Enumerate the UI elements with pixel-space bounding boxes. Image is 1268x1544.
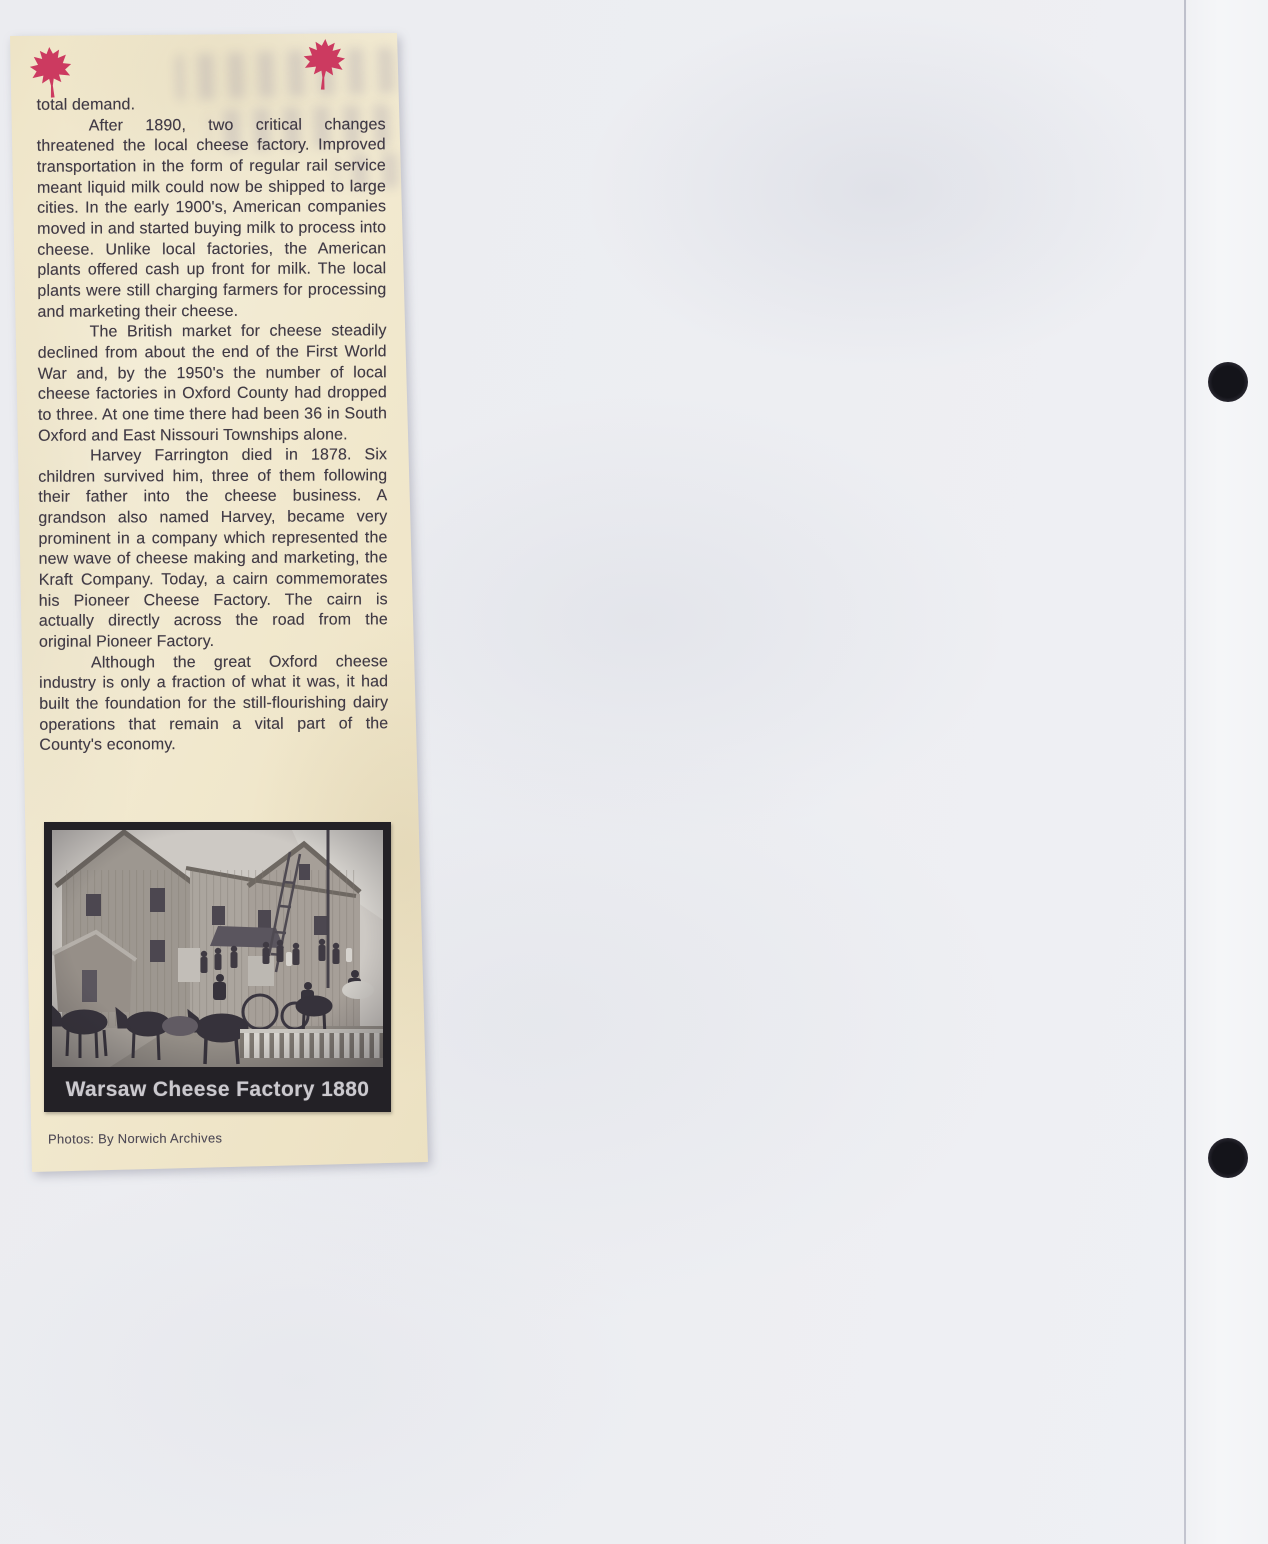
photo-credit-text: Photos: By Norwich Archives	[48, 1130, 222, 1146]
maple-leaf-icon	[26, 44, 76, 100]
page-edge-line	[1184, 0, 1186, 1544]
article-paragraph: The British market for cheese steadily d…	[38, 321, 388, 446]
article-paragraph: total demand.	[37, 94, 386, 116]
hole-punch-top	[1208, 362, 1248, 402]
article-paragraph: Although the great Oxford cheese industr…	[39, 652, 388, 757]
article-text-column: total demand. After 1890, two critical c…	[37, 94, 389, 757]
scrapbook-page-scan: total demand. After 1890, two critical c…	[0, 0, 1268, 1544]
article-paragraph: Harvey Farrington died in 1878. Six chil…	[38, 445, 388, 653]
hole-punch-bottom	[1208, 1138, 1248, 1178]
photo-frame: Warsaw Cheese Factory 1880	[44, 822, 391, 1112]
photo-caption: Warsaw Cheese Factory 1880	[52, 1067, 383, 1112]
print-bleed-through	[175, 47, 394, 101]
historic-factory-photo	[52, 830, 383, 1067]
maple-leaf-icon	[300, 37, 349, 92]
article-paragraph: After 1890, two critical changes threate…	[37, 115, 387, 323]
newspaper-clipping: total demand. After 1890, two critical c…	[8, 33, 432, 1173]
page-right-edge	[1187, 0, 1268, 1544]
newspaper-clipping-wrapper: total demand. After 1890, two critical c…	[8, 33, 432, 1173]
